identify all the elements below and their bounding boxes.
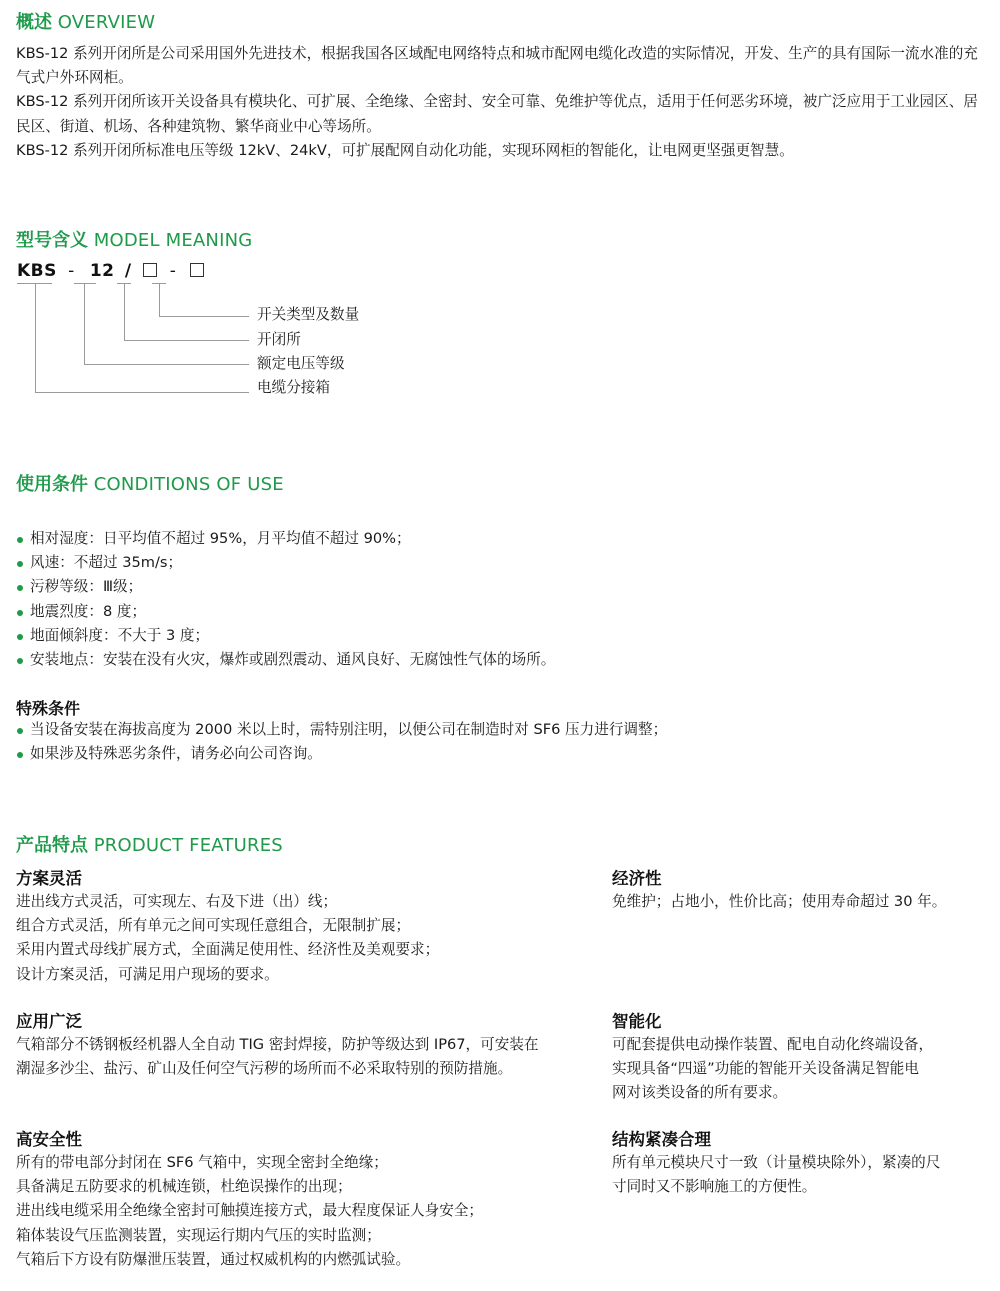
feature-compact-structure: 结构紧凑合理 所有单元模块尺寸一致（计量模块除外），紧凑的尺 寸同时又不影响施工… <box>612 1129 940 1199</box>
list-item-text: 风速：不超过 35m/s； <box>30 554 182 571</box>
leader-line <box>124 340 249 341</box>
underline <box>74 283 96 284</box>
feature-line: 采用内置式母线扩展方式，全面满足使用性、经济性及美观要求； <box>16 938 439 962</box>
overview-text: KBS-12 系列开闭所是公司采用国外先进技术，根据我国各区域配电网络特点和城市… <box>16 42 984 163</box>
list-item-text: 如果涉及特殊恶劣条件，请务必向公司咨询。 <box>30 745 322 762</box>
bullet-dot-icon <box>17 728 23 734</box>
feature-flexible-scheme: 方案灵活 进出线方式灵活，可实现左、右及下进（出）线； 组合方式灵活，所有单元之… <box>16 868 439 987</box>
list-item: 如果涉及特殊恶劣条件，请务必向公司咨询。 <box>16 742 667 766</box>
model-code-separator: - <box>163 261 183 281</box>
placeholder-box-icon <box>190 261 204 281</box>
leader-line <box>159 316 249 317</box>
feature-wide-application: 应用广泛 气箱部分不锈钢板经机器人全自动 TIG 密封焊接，防护等级达到 IP6… <box>16 1011 539 1081</box>
list-item: 安装地点：安装在没有火灾，爆炸或剧烈震动、通风良好、无腐蚀性气体的场所。 <box>16 648 555 672</box>
list-item-text: 当设备安装在海拔高度为 2000 米以上时，需特别注明，以便公司在制造时对 SF… <box>30 721 667 738</box>
bullet-dot-icon <box>17 658 23 664</box>
feature-line: 寸同时又不影响施工的方便性。 <box>612 1175 940 1199</box>
model-label-switch-type: 开关类型及数量 <box>257 303 359 324</box>
bullet-dot-icon <box>17 752 23 758</box>
overview-paragraph: KBS-12 系列开闭所标准电压等级 12kV、24kV，可扩展配网自动化功能，… <box>16 139 984 163</box>
model-label-switching-station: 开闭所 <box>257 328 301 349</box>
list-item: 当设备安装在海拔高度为 2000 米以上时，需特别注明，以便公司在制造时对 SF… <box>16 718 667 742</box>
feature-title: 经济性 <box>612 868 946 890</box>
section-title-features: 产品特点 PRODUCT FEATURES <box>16 831 283 857</box>
leader-line <box>35 392 249 393</box>
bullet-dot-icon <box>17 537 23 543</box>
placeholder-box-icon <box>143 261 157 281</box>
section-title-en: PRODUCT FEATURES <box>94 835 283 856</box>
feature-line: 气箱部分不锈钢板经机器人全自动 TIG 密封焊接，防护等级达到 IP67，可安装… <box>16 1033 539 1057</box>
feature-line: 箱体装设气压监测装置，实现运行期内气压的实时监测； <box>16 1224 483 1248</box>
feature-line: 所有单元模块尺寸一致（计量模块除外），紧凑的尺 <box>612 1151 940 1175</box>
section-title-en: OVERVIEW <box>58 12 155 33</box>
feature-economy: 经济性 免维护；占地小，性价比高；使用寿命超过 30 年。 <box>612 868 946 914</box>
feature-high-safety: 高安全性 所有的带电部分封闭在 SF6 气箱中，实现全密封全绝缘； 具备满足五防… <box>16 1129 483 1272</box>
section-title-overview: 概述 OVERVIEW <box>16 8 155 34</box>
feature-line: 进出线电缆采用全绝缘全密封可触摸连接方式，最大程度保证人身安全； <box>16 1199 483 1223</box>
feature-line: 进出线方式灵活，可实现左、右及下进（出）线； <box>16 890 439 914</box>
overview-paragraph: KBS-12 系列开闭所是公司采用国外先进技术，根据我国各区域配电网络特点和城市… <box>16 42 984 90</box>
special-conditions-title: 特殊条件 <box>16 696 80 719</box>
feature-line: 免维护；占地小，性价比高；使用寿命超过 30 年。 <box>612 890 946 914</box>
feature-line: 所有的带电部分封闭在 SF6 气箱中，实现全密封全绝缘； <box>16 1151 483 1175</box>
leader-line <box>35 284 36 393</box>
list-item-text: 安装地点：安装在没有火灾，爆炸或剧烈震动、通风良好、无腐蚀性气体的场所。 <box>30 651 555 668</box>
feature-title: 高安全性 <box>16 1129 483 1151</box>
leader-line <box>84 364 249 365</box>
model-label-cable-branch-box: 电缆分接箱 <box>257 376 330 397</box>
list-item: 地震烈度：8 度； <box>16 600 555 624</box>
list-item: 污秽等级：Ⅲ级； <box>16 575 555 599</box>
feature-line: 实现具备“四遥”功能的智能开关设备满足智能电 <box>612 1057 933 1081</box>
section-title-model-meaning: 型号含义 MODEL MEANING <box>16 226 252 252</box>
feature-title: 应用广泛 <box>16 1011 539 1033</box>
list-item-text: 相对湿度：日平均值不超过 95%，月平均值不超过 90%； <box>30 530 411 547</box>
feature-intelligent: 智能化 可配套提供电动操作装置、配电自动化终端设备， 实现具备“四遥”功能的智能… <box>612 1011 933 1106</box>
feature-line: 网对该类设备的所有要求。 <box>612 1081 933 1105</box>
feature-title: 结构紧凑合理 <box>612 1129 940 1151</box>
section-title-en: CONDITIONS OF USE <box>94 474 284 495</box>
bullet-dot-icon <box>17 561 23 567</box>
section-title-conditions: 使用条件 CONDITIONS OF USE <box>16 470 284 496</box>
section-title-cn: 型号含义 <box>16 230 88 251</box>
feature-line: 组合方式灵活，所有单元之间可实现任意组合，无限制扩展； <box>16 914 439 938</box>
model-code-series: KBS <box>17 261 53 281</box>
section-title-cn: 概述 <box>16 12 52 33</box>
feature-title: 方案灵活 <box>16 868 439 890</box>
list-item-text: 污秽等级：Ⅲ级； <box>30 578 142 595</box>
model-code: KBS - 12 / - <box>17 261 204 281</box>
list-item-text: 地面倾斜度：不大于 3 度； <box>30 627 209 644</box>
feature-line: 具备满足五防要求的机械连锁，杜绝误操作的出现； <box>16 1175 483 1199</box>
feature-title: 智能化 <box>612 1011 933 1033</box>
leader-line <box>124 284 125 341</box>
overview-paragraph: KBS-12 系列开闭所该开关设备具有模块化、可扩展、全绝缘、全密封、安全可靠、… <box>16 90 984 138</box>
model-code-voltage: 12 <box>90 261 114 281</box>
section-title-cn: 使用条件 <box>16 474 88 495</box>
section-title-cn: 产品特点 <box>16 835 88 856</box>
feature-line: 可配套提供电动操作装置、配电自动化终端设备， <box>612 1033 933 1057</box>
leader-line <box>84 284 85 365</box>
model-code-separator: - <box>59 261 83 281</box>
bullet-dot-icon <box>17 610 23 616</box>
bullet-dot-icon <box>17 585 23 591</box>
conditions-list: 相对湿度：日平均值不超过 95%，月平均值不超过 90%； 风速：不超过 35m… <box>16 527 555 672</box>
model-code-slash: / <box>120 261 136 281</box>
leader-line <box>159 284 160 317</box>
list-item: 相对湿度：日平均值不超过 95%，月平均值不超过 90%； <box>16 527 555 551</box>
special-conditions-list: 当设备安装在海拔高度为 2000 米以上时，需特别注明，以便公司在制造时对 SF… <box>16 718 667 766</box>
bullet-dot-icon <box>17 634 23 640</box>
list-item: 地面倾斜度：不大于 3 度； <box>16 624 555 648</box>
model-label-rated-voltage: 额定电压等级 <box>257 352 345 373</box>
feature-line: 设计方案灵活，可满足用户现场的要求。 <box>16 963 439 987</box>
feature-line: 气箱后下方设有防爆泄压装置，通过权威机构的内燃弧试验。 <box>16 1248 483 1272</box>
list-item-text: 地震烈度：8 度； <box>30 603 146 620</box>
section-title-en: MODEL MEANING <box>94 230 253 251</box>
feature-line: 潮湿多沙尘、盐污、矿山及任何空气污秽的场所而不必采取特别的预防措施。 <box>16 1057 539 1081</box>
list-item: 风速：不超过 35m/s； <box>16 551 555 575</box>
